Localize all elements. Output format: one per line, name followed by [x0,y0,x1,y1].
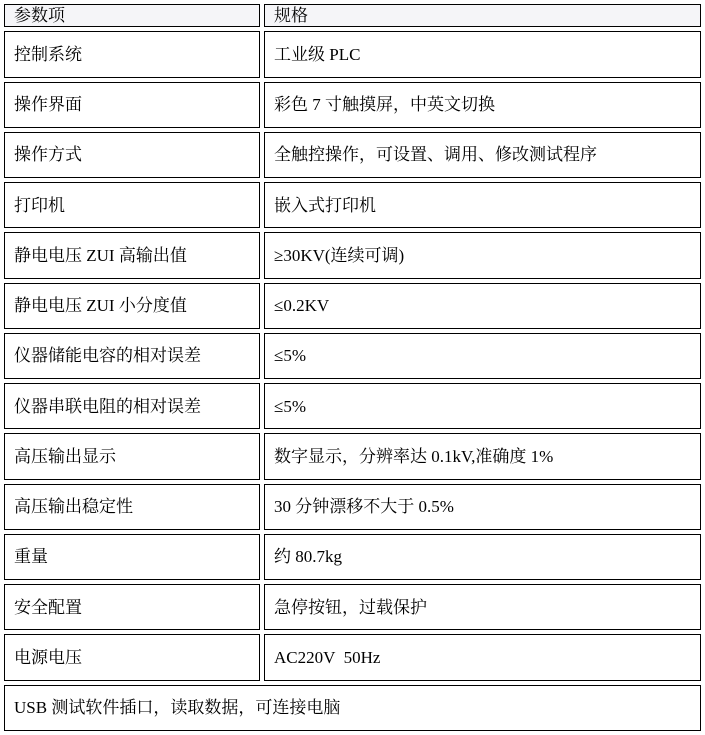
spec-cell: ≥30KV(连续可调) [264,232,701,278]
param-cell: 静电电压 ZUI 小分度值 [4,283,260,329]
param-cell: 高压输出显示 [4,433,260,479]
spec-table: 参数项 规格 控制系统 工业级 PLC 操作界面 彩色 7 寸触摸屏，中英文切换… [0,0,705,735]
spec-cell: 约 80.7kg [264,534,701,580]
spec-cell: 全触控操作，可设置、调用、修改测试程序 [264,132,701,178]
param-cell: 仪器储能电容的相对误差 [4,333,260,379]
table-row: 高压输出显示 数字显示，分辨率达 0.1kV,准确度 1% [4,433,701,479]
table-row: 安全配置 急停按钮，过载保护 [4,584,701,630]
spec-cell: 彩色 7 寸触摸屏，中英文切换 [264,82,701,128]
param-cell: 控制系统 [4,31,260,77]
spec-cell: ≤5% [264,383,701,429]
table-row: 打印机 嵌入式打印机 [4,182,701,228]
spec-column-header: 规格 [264,4,701,27]
param-cell: 静电电压 ZUI 高输出值 [4,232,260,278]
param-cell: 安全配置 [4,584,260,630]
table-row: 操作界面 彩色 7 寸触摸屏，中英文切换 [4,82,701,128]
spec-cell: 嵌入式打印机 [264,182,701,228]
spec-cell: 数字显示，分辨率达 0.1kV,准确度 1% [264,433,701,479]
footer-cell: USB 测试软件插口，读取数据，可连接电脑 [4,685,701,731]
table-row: 重量 约 80.7kg [4,534,701,580]
table-row: 静电电压 ZUI 高输出值 ≥30KV(连续可调) [4,232,701,278]
param-cell: 仪器串联电阻的相对误差 [4,383,260,429]
spec-cell: 工业级 PLC [264,31,701,77]
param-cell: 重量 [4,534,260,580]
spec-cell: ≤0.2KV [264,283,701,329]
header-row: 参数项 规格 [4,4,701,27]
table-row: 控制系统 工业级 PLC [4,31,701,77]
param-column-header: 参数项 [4,4,260,27]
spec-cell: 30 分钟漂移不大于 0.5% [264,484,701,530]
table-row: 仪器储能电容的相对误差 ≤5% [4,333,701,379]
table-row: 高压输出稳定性 30 分钟漂移不大于 0.5% [4,484,701,530]
table-row: 静电电压 ZUI 小分度值 ≤0.2KV [4,283,701,329]
param-cell: 打印机 [4,182,260,228]
spec-cell: 急停按钮，过载保护 [264,584,701,630]
spec-cell: ≤5% [264,333,701,379]
footer-row: USB 测试软件插口，读取数据，可连接电脑 [4,685,701,731]
param-cell: 电源电压 [4,634,260,680]
table-row: 操作方式 全触控操作，可设置、调用、修改测试程序 [4,132,701,178]
param-cell: 操作界面 [4,82,260,128]
spec-cell: AC220V 50Hz [264,634,701,680]
param-cell: 操作方式 [4,132,260,178]
param-cell: 高压输出稳定性 [4,484,260,530]
table-row: 仪器串联电阻的相对误差 ≤5% [4,383,701,429]
table-row: 电源电压 AC220V 50Hz [4,634,701,680]
